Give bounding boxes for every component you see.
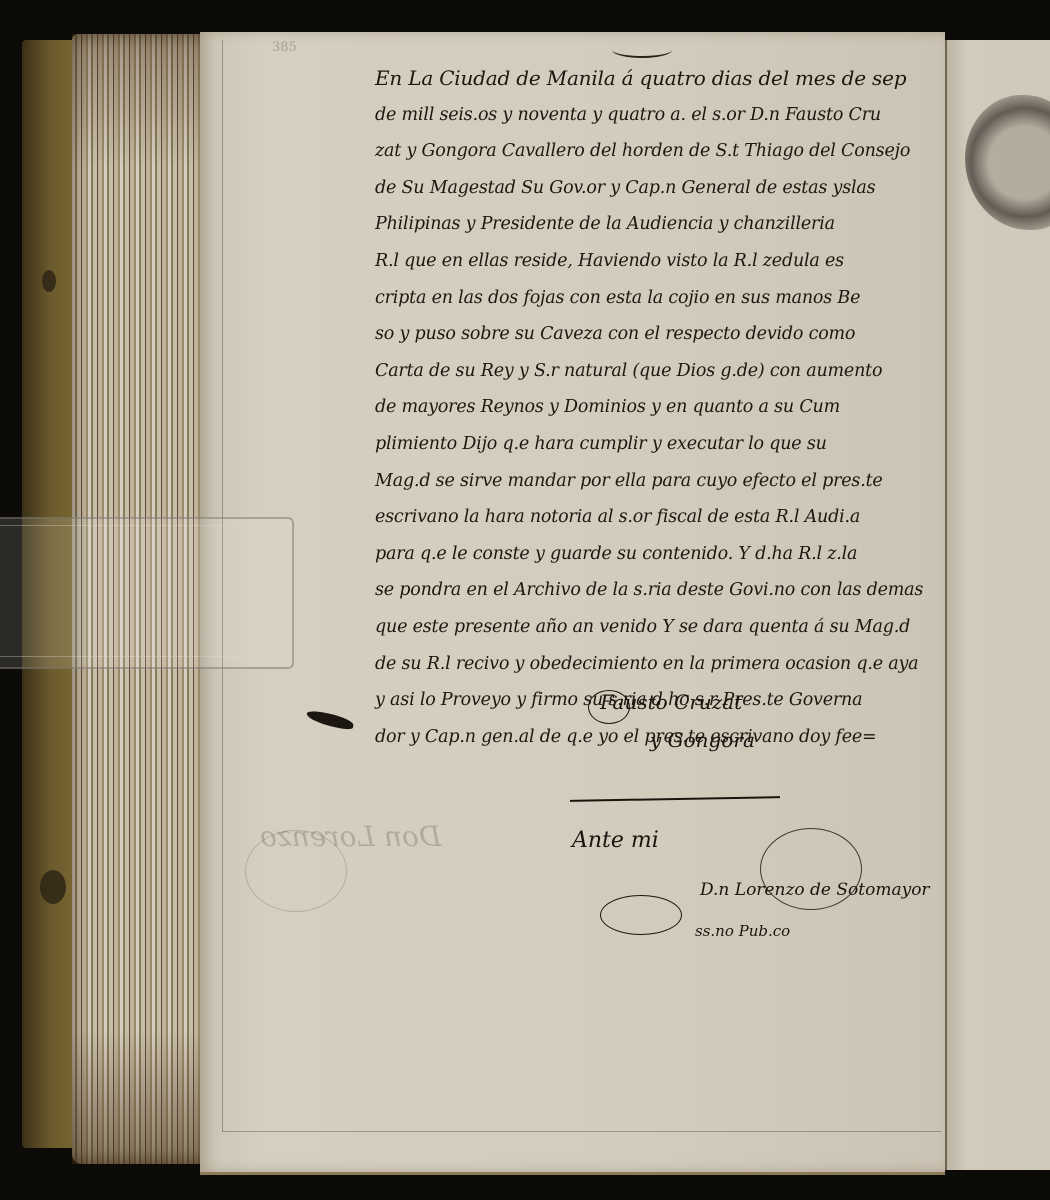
photograph-scene: 385 En La Ciudad de Manila á quatro dias…: [0, 0, 1050, 1200]
cover-stain: [42, 270, 56, 292]
signature-notary-name: D.n Lorenzo de Sotomayor: [700, 880, 930, 900]
text-line: se pondra en el Archivo de la s.ria dest…: [375, 572, 940, 609]
signature-flourish: [588, 690, 630, 724]
text-line: de mayores Reynos y Dominios y en quanto…: [375, 389, 940, 426]
signature-notary-title: ss.no Pub.co: [695, 922, 790, 940]
text-line: de mill seis.os y noventa y quatro a. el…: [375, 97, 940, 134]
text-line: Carta de su Rey y S.r natural (que Dios …: [375, 353, 940, 390]
signature-ante-mi: Ante mi: [572, 828, 659, 853]
folio-number: 385: [272, 40, 297, 55]
text-line: para q.e le conste y guarde su contenido…: [375, 536, 940, 573]
text-line: cripta en las dos fojas con esta la coji…: [375, 280, 940, 317]
signature-governor-surname: y Gongora: [650, 728, 755, 752]
bleed-through-flourish: [245, 830, 347, 912]
notary-flourish: [600, 895, 682, 935]
text-line: escrivano la hara notoria al s.or fiscal…: [375, 499, 940, 536]
text-line: de Su Magestad Su Gov.or y Cap.n General…: [375, 170, 940, 207]
text-line: de su R.l recivo y obedecimiento en la p…: [375, 646, 940, 683]
text-line: R.l que en ellas reside, Haviendo visto …: [375, 243, 940, 280]
plastic-clip-band: [0, 525, 292, 657]
header-flourish-mark: [612, 42, 672, 58]
text-line: Mag.d se sirve mandar por ella para cuyo…: [375, 463, 940, 500]
text-line: En La Ciudad de Manila á quatro dias del…: [375, 60, 940, 97]
text-line: Philipinas y Presidente de la Audiencia …: [375, 206, 940, 243]
cover-stain: [40, 870, 66, 904]
text-line: zat y Gongora Cavallero del horden de S.…: [375, 133, 940, 170]
text-line: plimiento Dijo q.e hara cumplir y execut…: [375, 426, 940, 463]
manuscript-text-block: En La Ciudad de Manila á quatro dias del…: [375, 60, 940, 755]
text-line: so y puso sobre su Caveza con el respect…: [375, 316, 940, 353]
text-line: que este presente año an venido Y se dar…: [375, 609, 940, 646]
